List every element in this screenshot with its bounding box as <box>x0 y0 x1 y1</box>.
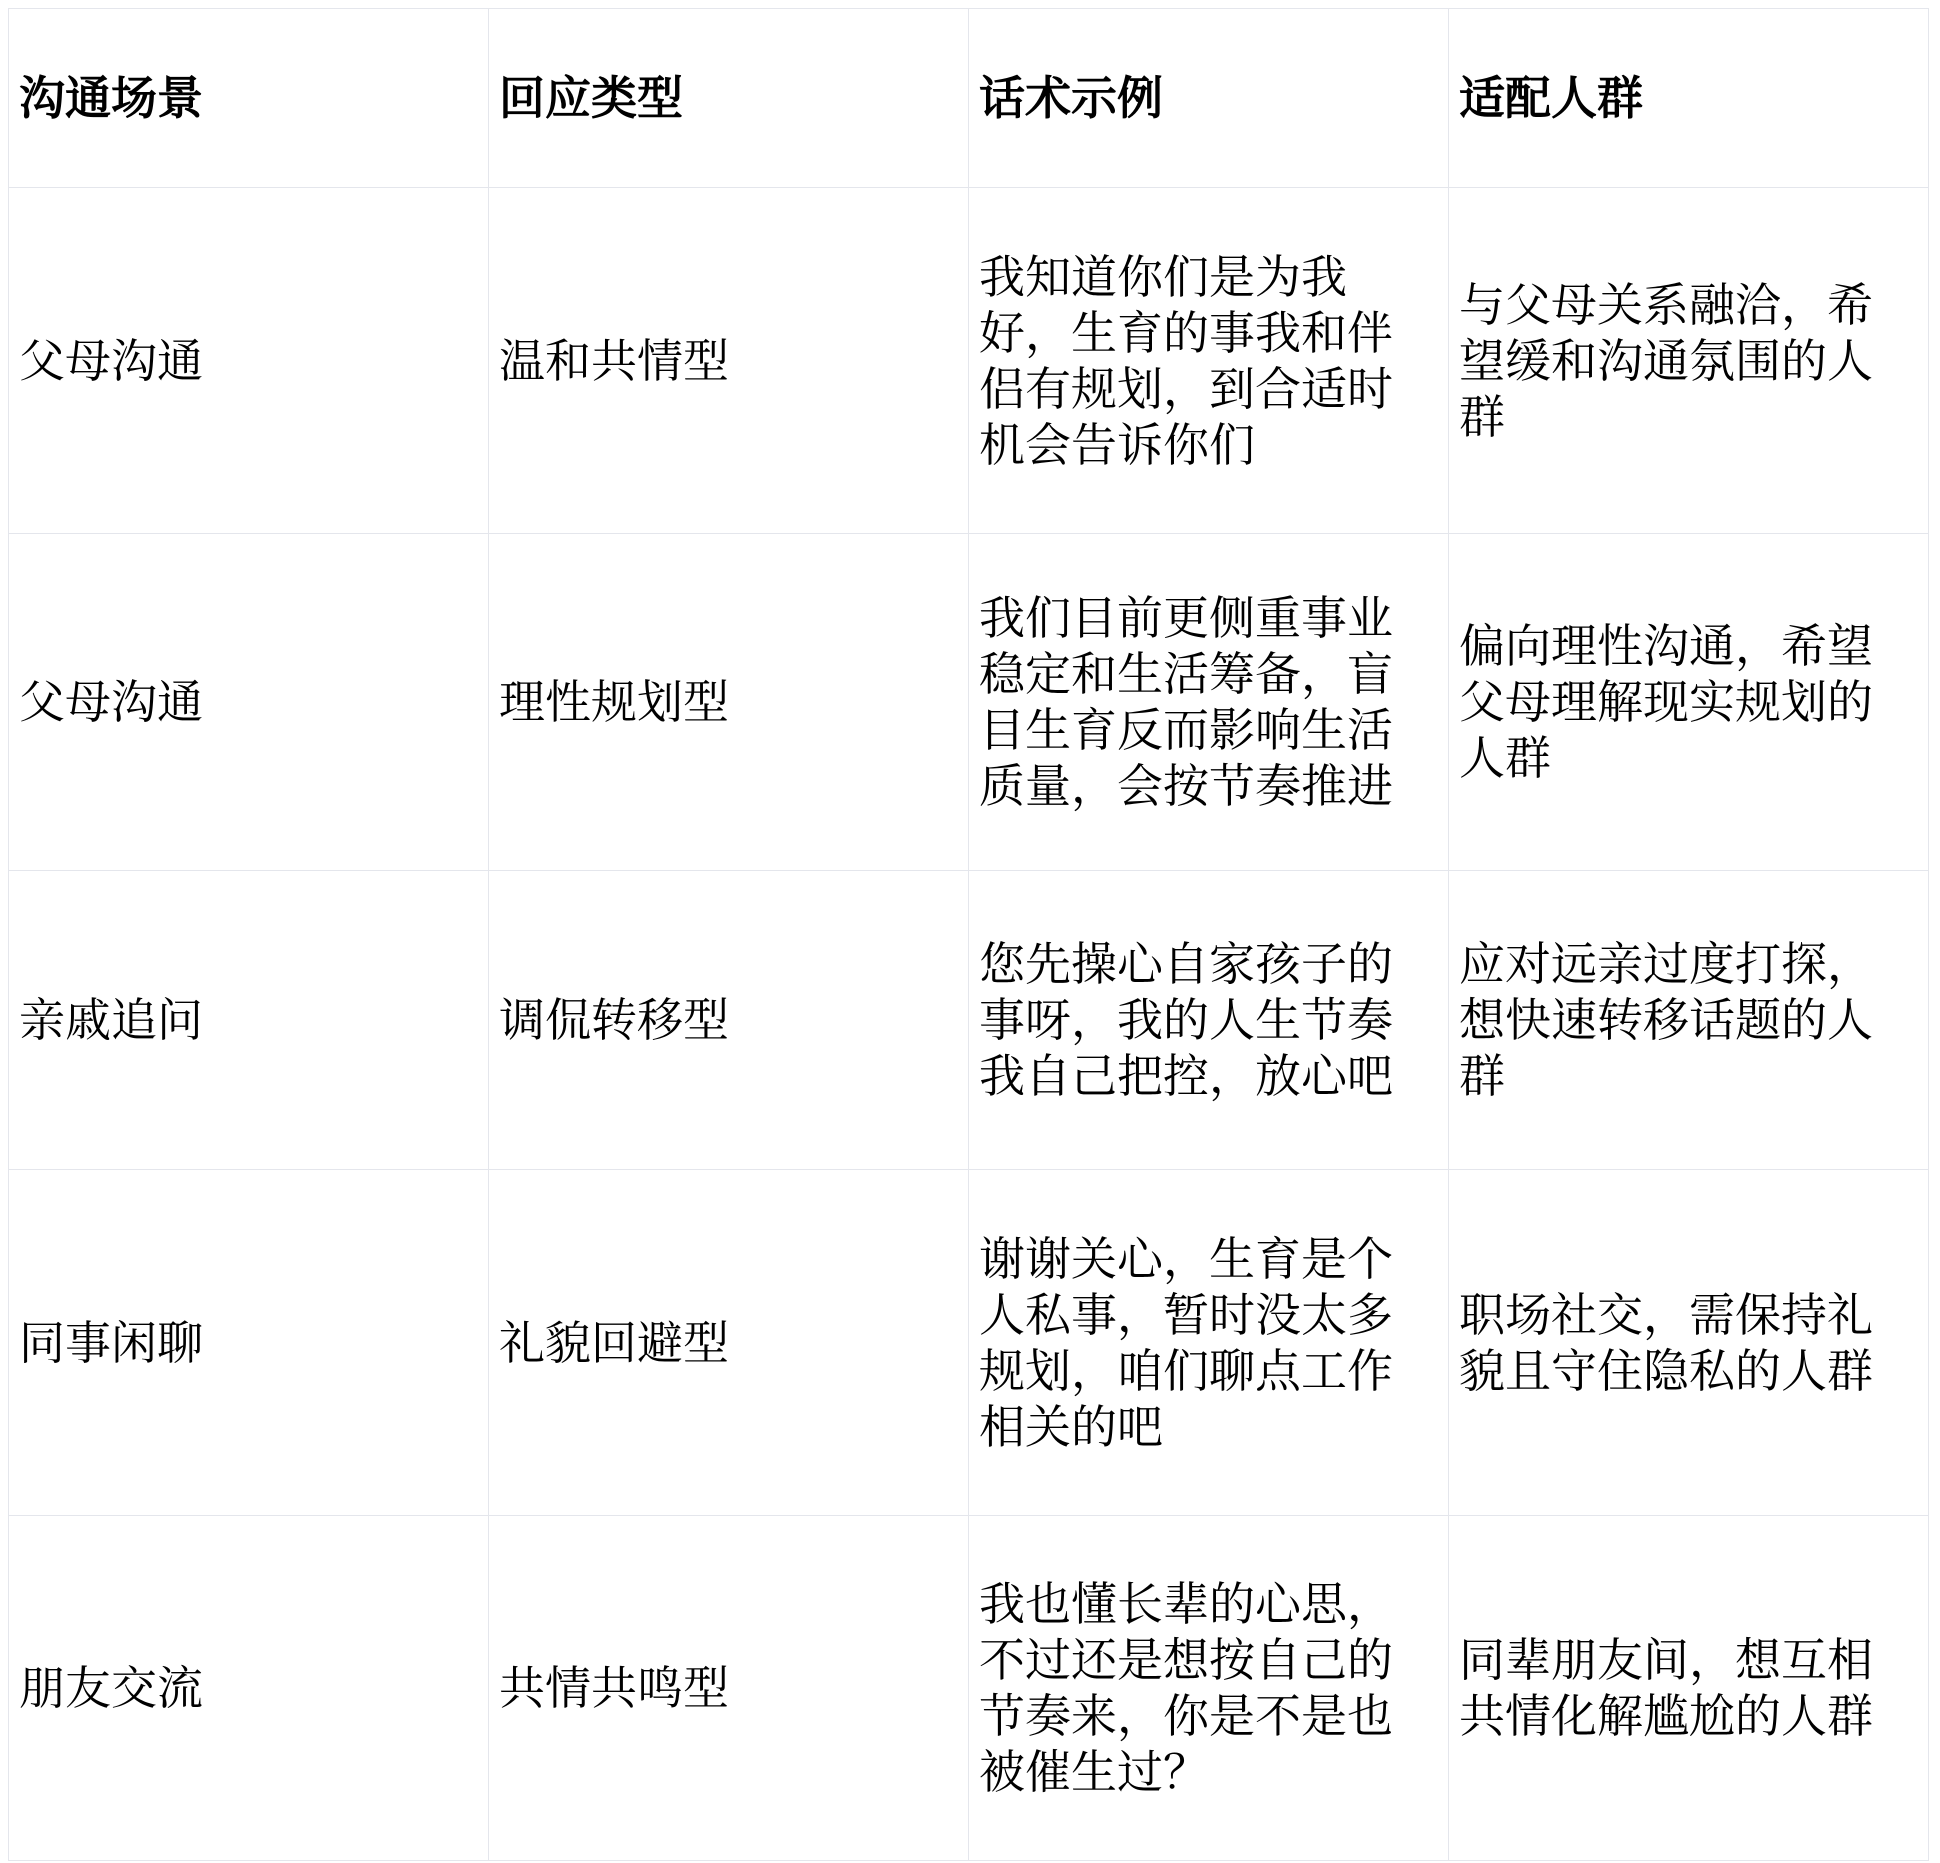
cell-scene: 父母沟通 <box>9 534 489 871</box>
cell-example: 我知道你们是为我好，生育的事我和伴侣有规划，到合适时机会告诉你们 <box>969 188 1449 534</box>
cell-response-type: 温和共情型 <box>489 188 969 534</box>
cell-scene: 同事闲聊 <box>9 1170 489 1516</box>
cell-scene: 父母沟通 <box>9 188 489 534</box>
table-row: 亲戚追问 调侃转移型 您先操心自家孩子的事呀，我的人生节奏我自己把控，放心吧 应… <box>9 871 1929 1170</box>
cell-scene: 亲戚追问 <box>9 871 489 1170</box>
cell-response-type: 调侃转移型 <box>489 871 969 1170</box>
header-scene: 沟通场景 <box>9 9 489 188</box>
cell-audience: 与父母关系融洽，希望缓和沟通氛围的人群 <box>1449 188 1929 534</box>
cell-example: 我们目前更侧重事业稳定和生活筹备，盲目生育反而影响生活质量，会按节奏推进 <box>969 534 1449 871</box>
cell-example: 您先操心自家孩子的事呀，我的人生节奏我自己把控，放心吧 <box>969 871 1449 1170</box>
header-response-type: 回应类型 <box>489 9 969 188</box>
cell-response-type: 共情共鸣型 <box>489 1516 969 1861</box>
response-table-container: 沟通场景 回应类型 话术示例 适配人群 父母沟通 温和共情型 我知道你们是为我好… <box>8 8 1929 1861</box>
table-body: 父母沟通 温和共情型 我知道你们是为我好，生育的事我和伴侣有规划，到合适时机会告… <box>9 188 1929 1861</box>
header-example: 话术示例 <box>969 9 1449 188</box>
cell-example: 谢谢关心，生育是个人私事，暂时没太多规划，咱们聊点工作相关的吧 <box>969 1170 1449 1516</box>
table-row: 父母沟通 温和共情型 我知道你们是为我好，生育的事我和伴侣有规划，到合适时机会告… <box>9 188 1929 534</box>
cell-example: 我也懂长辈的心思，不过还是想按自己的节奏来，你是不是也被催生过？ <box>969 1516 1449 1861</box>
header-audience: 适配人群 <box>1449 9 1929 188</box>
cell-audience: 偏向理性沟通，希望父母理解现实规划的人群 <box>1449 534 1929 871</box>
table-row: 同事闲聊 礼貌回避型 谢谢关心，生育是个人私事，暂时没太多规划，咱们聊点工作相关… <box>9 1170 1929 1516</box>
cell-response-type: 理性规划型 <box>489 534 969 871</box>
cell-audience: 应对远亲过度打探，想快速转移话题的人群 <box>1449 871 1929 1170</box>
cell-response-type: 礼貌回避型 <box>489 1170 969 1516</box>
table-row: 朋友交流 共情共鸣型 我也懂长辈的心思，不过还是想按自己的节奏来，你是不是也被催… <box>9 1516 1929 1861</box>
communication-response-table: 沟通场景 回应类型 话术示例 适配人群 父母沟通 温和共情型 我知道你们是为我好… <box>8 8 1929 1861</box>
cell-scene: 朋友交流 <box>9 1516 489 1861</box>
cell-audience: 职场社交，需保持礼貌且守住隐私的人群 <box>1449 1170 1929 1516</box>
cell-audience: 同辈朋友间，想互相共情化解尴尬的人群 <box>1449 1516 1929 1861</box>
table-row: 父母沟通 理性规划型 我们目前更侧重事业稳定和生活筹备，盲目生育反而影响生活质量… <box>9 534 1929 871</box>
table-header: 沟通场景 回应类型 话术示例 适配人群 <box>9 9 1929 188</box>
header-row: 沟通场景 回应类型 话术示例 适配人群 <box>9 9 1929 188</box>
